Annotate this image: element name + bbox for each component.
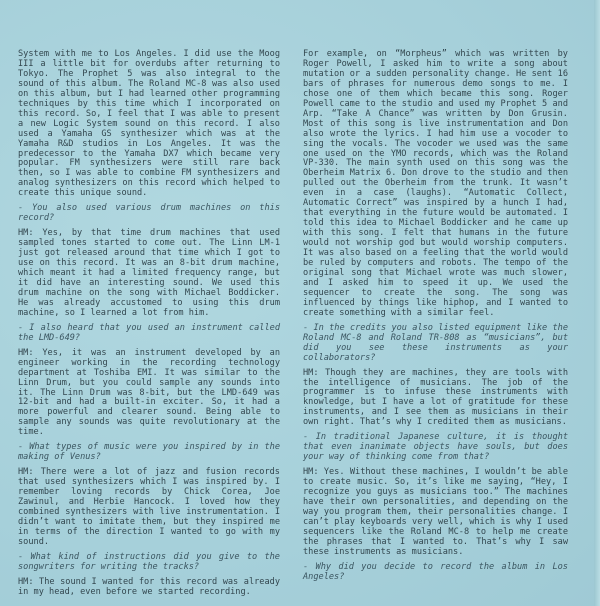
right-column: For example, on “Morpheus” which was wri… — [303, 50, 568, 588]
interview-question: - What types of music were you inspired … — [18, 443, 280, 463]
answer-paragraph: HM: The sound I wanted for this record w… — [18, 578, 280, 598]
interview-question: - Why did you decide to record the album… — [303, 563, 568, 583]
answer-paragraph: HM: Though they are machines, they are t… — [303, 369, 568, 429]
answer-paragraph: For example, on “Morpheus” which was wri… — [303, 50, 568, 319]
interview-question: - What kind of instructions did you give… — [18, 553, 280, 573]
answer-paragraph: HM: Yes, it was an instrument developed … — [18, 349, 280, 439]
interview-question: - In traditional Japanese culture, it is… — [303, 433, 568, 463]
answer-paragraph: System with me to Los Angeles. I did use… — [18, 50, 280, 199]
answer-paragraph: HM: Yes. Without these machines, I would… — [303, 468, 568, 558]
interview-question: - You also used various drum machines on… — [18, 204, 280, 224]
left-column: System with me to Los Angeles. I did use… — [18, 50, 280, 603]
interview-question: - In the credits you also listed equipme… — [303, 324, 568, 364]
answer-paragraph: HM: There were a lot of jazz and fusion … — [18, 468, 280, 548]
interview-question: - I also heard that you used an instrume… — [18, 324, 280, 344]
answer-paragraph: HM: Yes, by that time drum machines that… — [18, 229, 280, 319]
page-fold-edge — [594, 0, 600, 606]
